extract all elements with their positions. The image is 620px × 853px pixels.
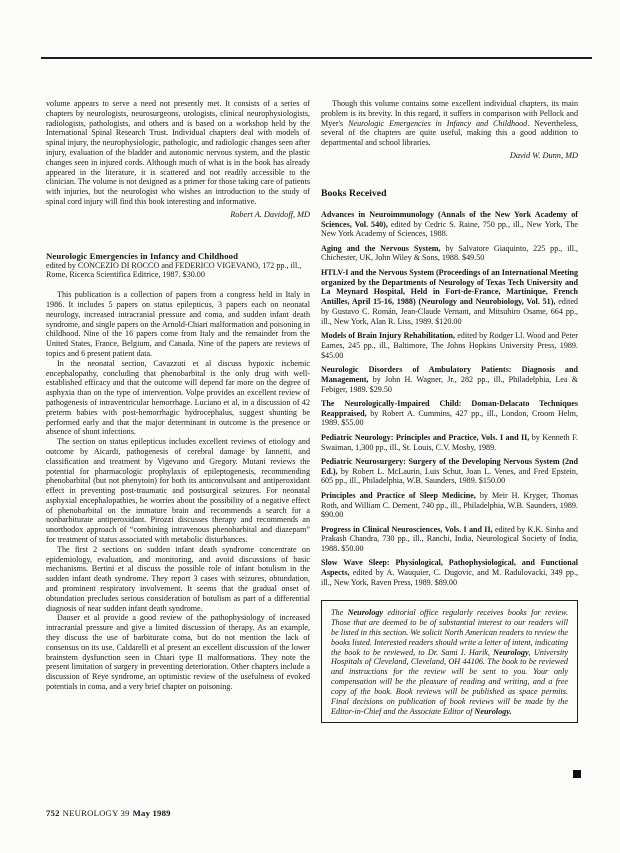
book-entry: Aging and the Nervous System, by Salvato…	[321, 244, 578, 264]
book-entry-details: edited by A. Wauquier, C. Dugovic, and M…	[321, 568, 578, 587]
book-entry-title: Progress in Clinical Neurosciences, Vols…	[321, 525, 493, 534]
book-entry-title: Models of Brain Injury Rehabilitation,	[321, 331, 455, 340]
referenced-book-title: Neurologic Emergencies in Infancy and Ch…	[348, 119, 527, 128]
books-received-heading: Books Received	[321, 188, 578, 199]
books-received-list: Advances in Neuroimmunology (Annals of t…	[321, 210, 578, 588]
footer-issue-date: May 1989	[133, 808, 171, 818]
book-entry: Pediatric Neurosurgery: Surgery of the D…	[321, 457, 578, 486]
footer-journal-name: NEUROLOGY 39	[63, 808, 130, 818]
notice-text: The	[331, 608, 348, 617]
book-review-title: Neurologic Emergencies in Infancy and Ch…	[46, 251, 310, 261]
book-entry: Neurologic Disorders of Ambulatory Patie…	[321, 365, 578, 394]
notice-journal-name: Neurology	[493, 648, 528, 657]
editorial-notice-box: The Neurology editorial office regularly…	[321, 600, 578, 723]
journal-page: volume appears to serve a need not prese…	[0, 0, 620, 853]
book-entry: Progress in Clinical Neurosciences, Vols…	[321, 525, 578, 554]
review-body: This publication is a collection of pape…	[46, 290, 310, 692]
book-entry: HTLV-I and the Nervous System (Proceedin…	[321, 268, 578, 327]
editorial-notice-text: The Neurology editorial office regularly…	[331, 608, 568, 717]
book-entry: Principles and Practice of Sleep Medicin…	[321, 491, 578, 520]
review-paragraph: This publication is a collection of pape…	[46, 290, 310, 359]
review-paragraph: The first 2 sections on sudden infant de…	[46, 545, 310, 614]
notice-journal-name: Neurology	[348, 608, 383, 617]
book-entry-title: HTLV-I and the Nervous System (Proceedin…	[321, 268, 578, 306]
book-entry-title: Aging and the Nervous System,	[321, 244, 441, 253]
left-column: volume appears to serve a need not prese…	[46, 99, 310, 692]
review-paragraph: In the neonatal section, Cavazzuti et al…	[46, 359, 310, 437]
review-continuation-paragraph: volume appears to serve a need not prese…	[46, 99, 310, 207]
book-review-citation: edited by CONCEZIO DI ROCCO and FEDERICO…	[46, 261, 310, 281]
reviewer-signature-dunn: David W. Dunn, MD	[321, 151, 578, 161]
page-footer: 752NEUROLOGY 39May 1989	[46, 808, 174, 818]
book-entry: The Neurologically-Impaired Child: Doman…	[321, 399, 578, 428]
review-closing-paragraph: Though this volume contains some excelle…	[321, 99, 578, 148]
book-entry-details: by Robert L. McLaurin, Luis Schut, Joan …	[321, 467, 578, 486]
review-paragraph: The section on status epilepticus includ…	[46, 437, 310, 545]
book-entry: Pediatric Neurology: Principles and Prac…	[321, 433, 578, 453]
reviewer-signature-davidoff: Robert A. Davidoff, MD	[46, 210, 310, 220]
section-end-square	[573, 770, 581, 778]
book-entry-title: Pediatric Neurology: Principles and Prac…	[321, 433, 529, 442]
right-column: Though this volume contains some excelle…	[321, 99, 578, 723]
book-entry: Advances in Neuroimmunology (Annals of t…	[321, 210, 578, 239]
notice-journal-name: Neurology.	[474, 707, 511, 716]
header-rule	[41, 57, 592, 59]
book-entry-title: Principles and Practice of Sleep Medicin…	[321, 491, 476, 500]
footer-page-number: 752	[46, 808, 60, 818]
review-paragraph: Dauser et al provide a good review of th…	[46, 613, 310, 691]
notice-text: , University Hospitals of Cleveland, Cle…	[331, 648, 568, 716]
book-entry: Slow Wave Sleep: Physiological, Pathophy…	[321, 558, 578, 587]
book-entry: Models of Brain Injury Rehabilitation, e…	[321, 331, 578, 360]
